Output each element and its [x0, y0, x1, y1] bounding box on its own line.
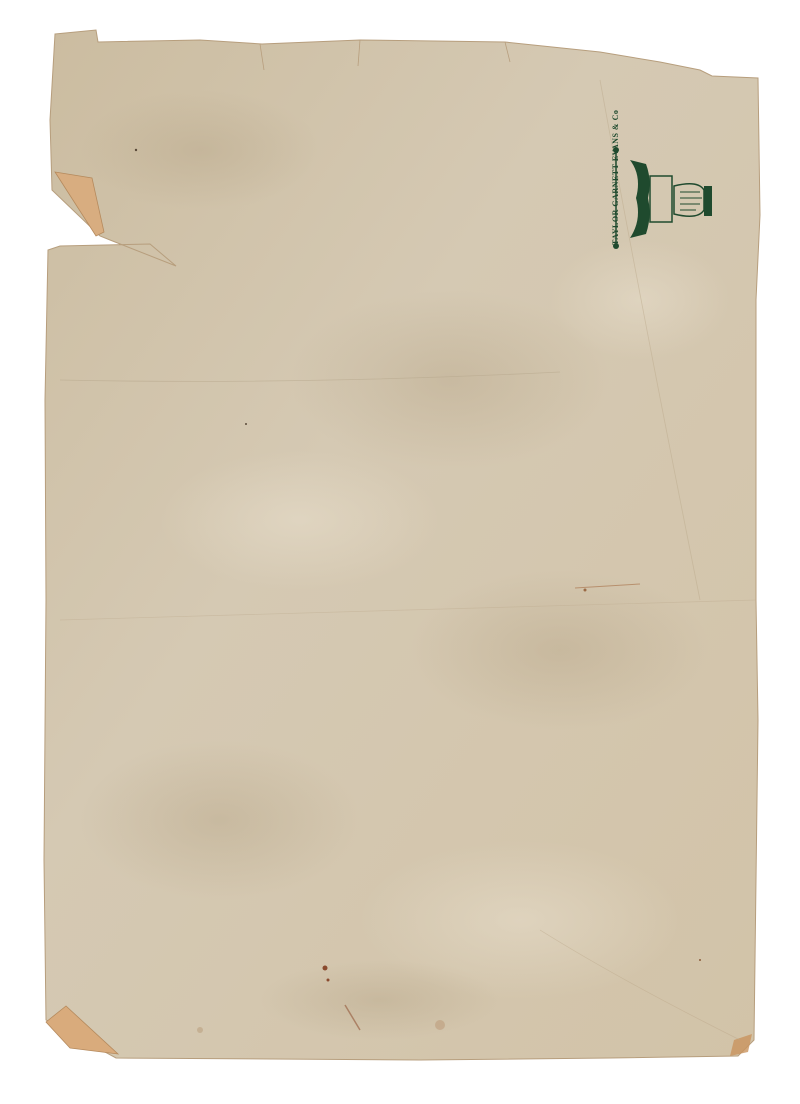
paper-sheet: TAYLOR GARNETT EVANS & Co: [0, 0, 800, 1104]
merchant-stamp: TAYLOR GARNETT EVANS & Co: [608, 146, 716, 250]
stamp-firm-name: TAYLOR GARNETT EVANS & Co: [611, 145, 625, 245]
